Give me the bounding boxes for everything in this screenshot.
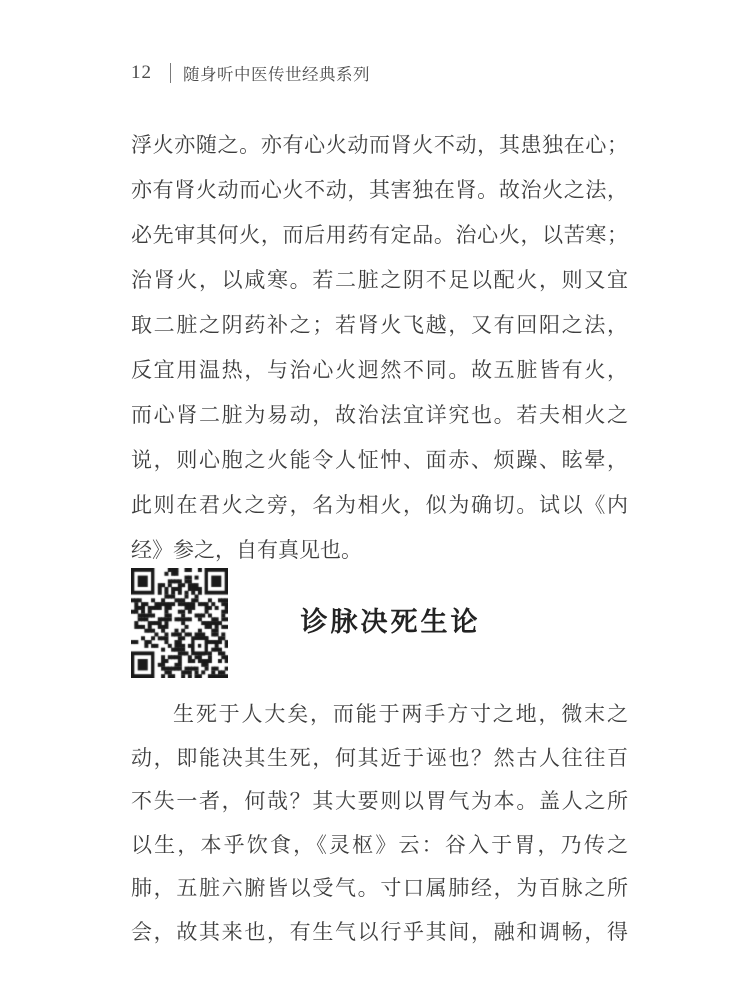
paragraph-continuation: 浮火亦随之。亦有心火动而肾火不动，其患独在心； 亦有肾火动而心火不动，其害独在肾… — [131, 123, 628, 573]
text-line: 反宜用温热，与治心火迥然不同。故五脏皆有火， — [131, 348, 628, 393]
text-line: 生死于人大矣，而能于两手方寸之地，微末之 — [131, 693, 628, 737]
text-line: 此则在君火之旁，名为相火，似为确切。试以《内 — [131, 483, 628, 528]
text-line: 不失一者，何哉？其大要则以胃气为本。盖人之所 — [131, 780, 628, 824]
page-number: 12 — [131, 62, 152, 84]
text-line: 必先审其何火，而后用药有定品。治心火，以苦寒； — [131, 213, 628, 258]
header-divider — [170, 63, 171, 83]
section-first-paragraph: 生死于人大矣，而能于两手方寸之地，微末之 动，即能决其生死，何其近于诬也？然古人… — [131, 693, 628, 955]
text-line: 会，故其来也，有生气以行乎其间，融和调畅，得 — [131, 911, 628, 955]
running-header: 12 随身听中医传世经典系列 — [131, 60, 370, 86]
text-line: 动，即能决其生死，何其近于诬也？然古人往往百 — [131, 737, 628, 781]
section-title: 诊脉决死生论 — [142, 600, 639, 645]
text-line: 说，则心胞之火能令人怔忡、面赤、烦躁、眩晕， — [131, 438, 628, 483]
text-line: 经》参之，自有真见也。 — [131, 528, 628, 573]
text-line: 以生，本乎饮食，《灵枢》云：谷入于胃，乃传之 — [131, 824, 628, 868]
text-line: 治肾火，以咸寒。若二脏之阴不足以配火，则又宜 — [131, 258, 628, 303]
series-title: 随身听中医传世经典系列 — [183, 61, 370, 85]
text-line: 取二脏之阴药补之；若肾火飞越，又有回阳之法， — [131, 303, 628, 348]
text-line: 浮火亦随之。亦有心火动而肾火不动，其患独在心； — [131, 123, 628, 168]
text-line: 亦有肾火动而心火不动，其害独在肾。故治火之法， — [131, 168, 628, 213]
text-line: 而心肾二脏为易动，故治法宜详究也。若夫相火之 — [131, 393, 628, 438]
text-line: 肺，五脏六腑皆以受气。寸口属肺经，为百脉之所 — [131, 867, 628, 911]
book-page: 12 随身听中医传世经典系列 浮火亦随之。亦有心火动而肾火不动，其患独在心； 亦… — [0, 0, 750, 1000]
